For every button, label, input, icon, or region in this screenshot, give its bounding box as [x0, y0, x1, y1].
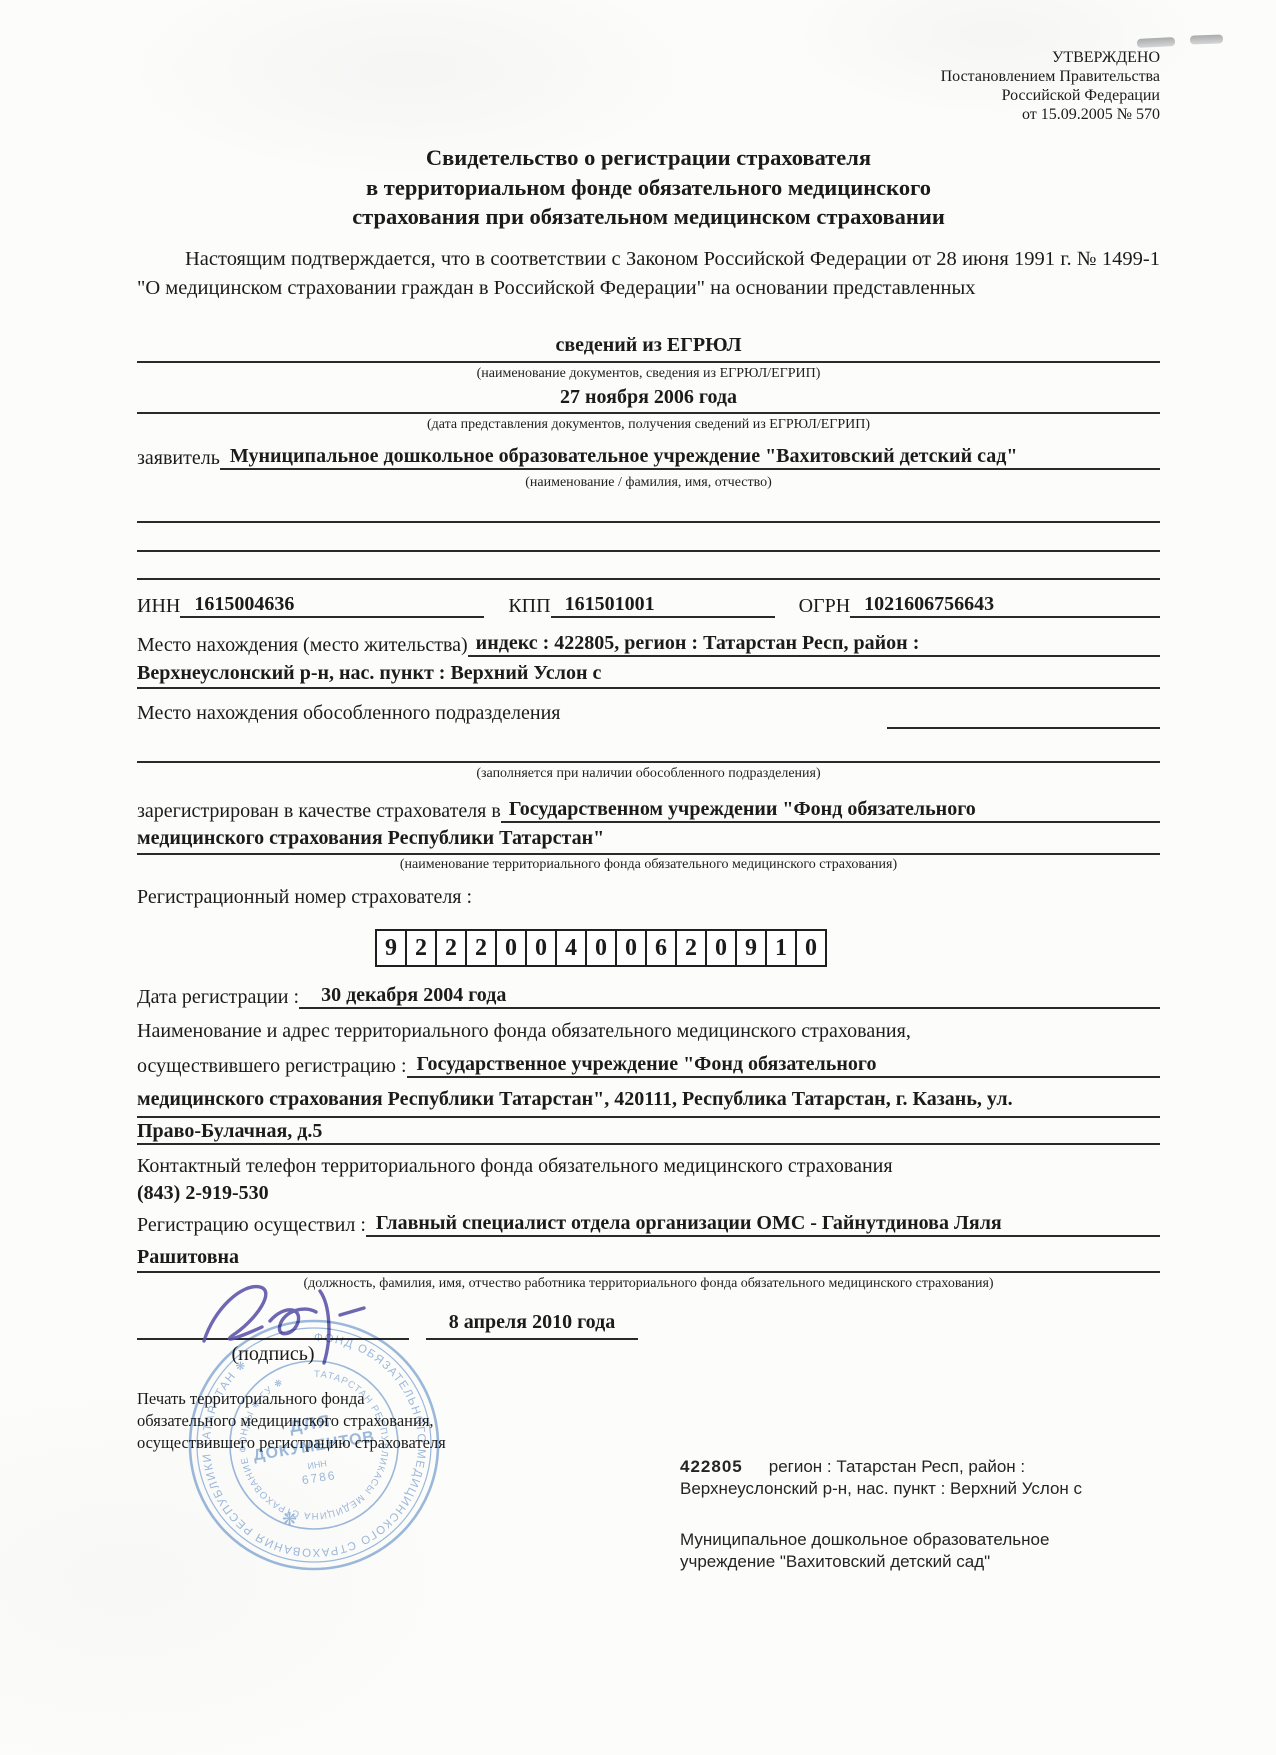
regnum-digit-cell: 2	[467, 931, 497, 965]
approval-line: УТВЕРЖДЕНО	[790, 48, 1160, 67]
applicant-value: Муниципальное дошкольное образовательное…	[220, 445, 1160, 470]
phone-label: Контактный телефон территориального фонд…	[137, 1155, 1160, 1178]
regnum-digit-cell: 2	[407, 931, 437, 965]
requisites-row: ИНН 1615004636 КПП 161501001 ОГРН 102160…	[137, 592, 1160, 618]
regnum-digit-cell: 4	[557, 931, 587, 965]
address-region: регион : Татарстан Респ, район :	[769, 1457, 1025, 1476]
address-line: 422805регион : Татарстан Респ, район :	[680, 1456, 1120, 1478]
approval-line: Постановлением Правительства	[790, 67, 1160, 86]
approval-line: Российской Федерации	[790, 86, 1160, 105]
address-zip: 422805	[680, 1457, 743, 1476]
registrar-row: Регистрацию осуществил : Главный специал…	[137, 1210, 1160, 1237]
registrar-label: Регистрацию осуществил :	[137, 1214, 366, 1237]
docs-date-field: 27 ноября 2006 года	[137, 386, 1160, 414]
address-line: Верхнеуслонский р-н, нас. пункт : Верхни…	[680, 1478, 1120, 1500]
title-line: в территориальном фонде обязательного ме…	[137, 173, 1160, 203]
branch-blank-line	[137, 740, 1160, 763]
regnum-digit-cell: 0	[587, 931, 617, 965]
regnum-digit-cell: 0	[527, 931, 557, 965]
location-value-line1: индекс : 422805, регион : Татарстан Респ…	[468, 632, 1160, 657]
blank-rule-line	[137, 500, 1160, 523]
registrar-value-line2: Рашитовна	[137, 1246, 1160, 1273]
fund-label-line1: Наименование и адрес территориального фо…	[137, 1020, 1160, 1043]
intro-paragraph: Настоящим подтверждается, что в соответс…	[137, 245, 1160, 302]
regnum-digit-cell: 9	[377, 931, 407, 965]
stamp-flower-icon: ❋	[282, 1509, 297, 1529]
ogrn-label: ОГРН	[799, 595, 851, 618]
fund-value-line1: Государственное учреждение "Фонд обязате…	[407, 1053, 1160, 1078]
registered-label: зарегистрирован в качестве страхователя …	[137, 800, 501, 823]
registered-value-line1: Государственном учреждении "Фонд обязате…	[501, 798, 1160, 823]
regnum-label: Регистрационный номер страхователя :	[137, 886, 472, 909]
regnum-digit-cell: 0	[797, 931, 825, 965]
address-spacer	[680, 1500, 1120, 1529]
document-title: Свидетельство о регистрации страхователя…	[137, 143, 1160, 232]
branch-label: Место нахождения обособленного подраздел…	[137, 702, 560, 725]
applicant-row: заявитель Муниципальное дошкольное образ…	[137, 443, 1160, 470]
svg-text:6786: 6786	[301, 1468, 337, 1487]
staple-mark	[1190, 34, 1223, 44]
regdate-value: 30 декабря 2004 года	[299, 984, 1160, 1009]
regnum-digit-cell: 0	[617, 931, 647, 965]
stamp-center-text: ДЛЯ ДОКУМЕНТОВ ИНН 6786	[248, 1405, 380, 1494]
fund-value-line3: Право-Булачная, д.5	[137, 1120, 1160, 1145]
regnum-digit-cell: 2	[677, 931, 707, 965]
location-row: Место нахождения (место жительства) инде…	[137, 632, 1160, 657]
svg-text:ДОКУМЕНТОВ: ДОКУМЕНТОВ	[252, 1428, 376, 1464]
regnum-digit-cell: 9	[737, 931, 767, 965]
regdate-row: Дата регистрации : 30 декабря 2004 года	[137, 984, 1160, 1009]
ogrn-value: 1021606756643	[850, 593, 1160, 618]
regnum-digit-cell: 6	[647, 931, 677, 965]
title-line: Свидетельство о регистрации страхователя	[137, 143, 1160, 173]
location-label: Место нахождения (место жительства)	[137, 634, 468, 657]
staple-mark	[1137, 37, 1175, 48]
address-line: Муниципальное дошкольное образовательное	[680, 1529, 1120, 1551]
sign-date: 8 апреля 2010 года	[426, 1311, 638, 1340]
scanned-certificate-page: УТВЕРЖДЕНО Постановлением Правительства …	[0, 0, 1276, 1755]
blank-rule-line	[137, 529, 1160, 552]
svg-text:ДЛЯ: ДЛЯ	[288, 1411, 333, 1436]
docs-field-caption: (наименование документов, сведения из ЕГ…	[137, 366, 1160, 382]
inn-value: 1615004636	[180, 593, 484, 618]
approval-block: УТВЕРЖДЕНО Постановлением Правительства …	[790, 48, 1160, 124]
inn-label: ИНН	[137, 595, 180, 618]
kpp-label: КПП	[508, 595, 550, 618]
registered-value-line2: медицинского страхования Республики Тата…	[137, 827, 1160, 855]
applicant-caption: (наименование / фамилия, имя, отчество)	[137, 475, 1160, 491]
regnum-digit-cell: 0	[707, 931, 737, 965]
approval-line: от 15.09.2005 № 570	[790, 105, 1160, 124]
docs-field: сведений из ЕГРЮЛ	[137, 334, 1160, 363]
branch-short-underline	[887, 703, 1160, 729]
regnum-digit-cell: 0	[497, 931, 527, 965]
registered-caption: (наименование территориального фонда обя…	[137, 857, 1160, 873]
regdate-label: Дата регистрации :	[137, 986, 299, 1009]
registration-number-boxes: 9 2 2 2 0 0 4 0 0 6 2 0 9 1 0	[375, 929, 827, 967]
title-line: страхования при обязательном медицинском…	[137, 202, 1160, 232]
kpp-value: 161501001	[551, 593, 775, 618]
fund-label-line2: осуществившего регистрацию :	[137, 1055, 407, 1078]
branch-caption: (заполняется при наличии обособленного п…	[137, 766, 1160, 782]
phone-value: (843) 2-919-530	[137, 1182, 269, 1205]
fund-row: осуществившего регистрацию : Государстве…	[137, 1051, 1160, 1078]
address-line: учреждение "Вахитовский детский сад"	[680, 1551, 1120, 1573]
blank-rule-line	[137, 557, 1160, 580]
location-value-line2: Верхнеуслонский р-н, нас. пункт : Верхни…	[137, 662, 1160, 689]
docs-date-caption: (дата представления документов, получени…	[137, 417, 1160, 433]
registered-row: зарегистрирован в качестве страхователя …	[137, 797, 1160, 823]
applicant-label: заявитель	[137, 447, 220, 470]
fund-value-line2: медицинского страхования Республики Тата…	[137, 1088, 1160, 1118]
registrar-value-line1: Главный специалист отдела организации ОМ…	[366, 1212, 1160, 1237]
round-stamp: ФОНД ОБЯЗАТЕЛЬНОГО МЕДИЦИНСКОГО СТРАХОВА…	[182, 1313, 446, 1577]
address-label-block: 422805регион : Татарстан Респ, район : В…	[680, 1456, 1120, 1573]
regnum-digit-cell: 1	[767, 931, 797, 965]
regnum-digit-cell: 2	[437, 931, 467, 965]
